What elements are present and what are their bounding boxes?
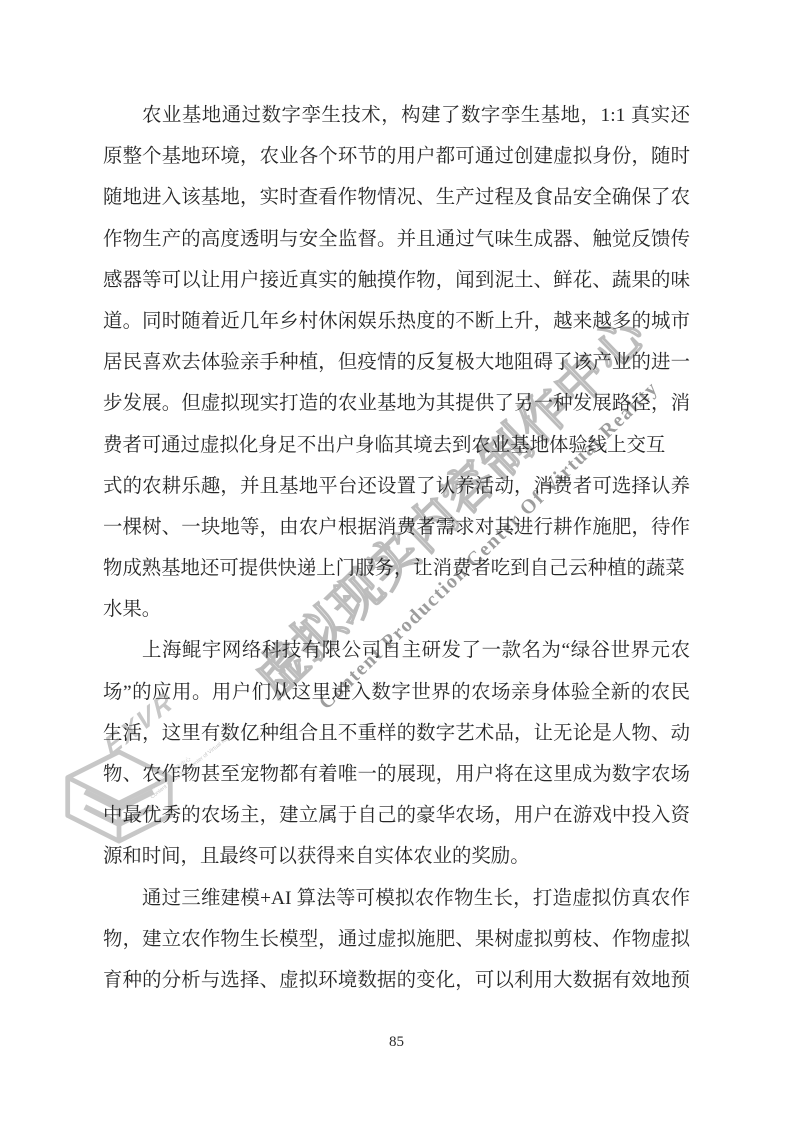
text-line: 物、农作物甚至宠物都有着唯一的展现，用户将在这里成为数字农场 xyxy=(103,754,690,795)
text-line: 感器等可以让用户接近真实的触摸作物，闻到泥土、鲜花、蔬果的味 xyxy=(103,260,690,301)
text-line: 中最优秀的农场主，建立属于自己的豪华农场，用户在游戏中投入资 xyxy=(103,795,690,836)
text-line: 费者可通过虚拟化身足不出户身临其境去到农业基地体验线上交互 xyxy=(103,425,690,466)
page-number: 85 xyxy=(0,1034,793,1051)
text-line: 物，建立农作物生长模型，通过虚拟施肥、果树虚拟剪枝、作物虚拟 xyxy=(103,919,690,960)
text-line: 通过三维建模+AI 算法等可模拟农作物生长，打造虚拟仿真农作 xyxy=(103,878,690,919)
text-line: 场”的应用。用户们从这里进入数字世界的农场亲身体验全新的农民 xyxy=(103,672,690,713)
text-line: 育种的分析与选择、虚拟环境数据的变化，可以利用大数据有效地预 xyxy=(103,960,690,1001)
text-line: 源和时间，且最终可以获得来自实体农业的奖励。 xyxy=(103,836,690,877)
text-line: 道。同时随着近几年乡村休闲娱乐热度的不断上升，越来越多的城市 xyxy=(103,301,690,342)
text-line: 步发展。但虚拟现实打造的农业基地为其提供了另一种发展路径，消 xyxy=(103,383,690,424)
document-body: 农业基地通过数字孪生技术，构建了数字孪生基地，1:1 真实还原整个基地环境，农业… xyxy=(103,95,690,1001)
text-line: 农业基地通过数字孪生技术，构建了数字孪生基地，1:1 真实还 xyxy=(103,95,690,136)
text-line: 生活，这里有数亿种组合且不重样的数字艺术品，让无论是人物、动 xyxy=(103,713,690,754)
text-line: 随地进入该基地，实时查看作物情况、生产过程及食品安全确保了农 xyxy=(103,177,690,218)
text-line: 上海鲲宇网络科技有限公司自主研发了一款名为“绿谷世界元农 xyxy=(103,630,690,671)
text-line: 式的农耕乐趣，并且基地平台还设置了认养活动，消费者可选择认养 xyxy=(103,466,690,507)
document-page: 虚拟现实内容制作中心 Content Production Center Of … xyxy=(0,0,793,1122)
text-line: 原整个基地环境，农业各个环节的用户都可通过创建虚拟身份，随时 xyxy=(103,136,690,177)
text-line: 水果。 xyxy=(103,589,690,630)
text-line: 作物生产的高度透明与安全监督。并且通过气味生成器、触觉反馈传 xyxy=(103,219,690,260)
text-line: 居民喜欢去体验亲手种植，但疫情的反复极大地阻碍了该产业的进一 xyxy=(103,342,690,383)
text-line: 物成熟基地还可提供快递上门服务，让消费者吃到自己云种植的蔬菜 xyxy=(103,548,690,589)
text-line: 一棵树、一块地等，由农户根据消费者需求对其进行耕作施肥，待作 xyxy=(103,507,690,548)
